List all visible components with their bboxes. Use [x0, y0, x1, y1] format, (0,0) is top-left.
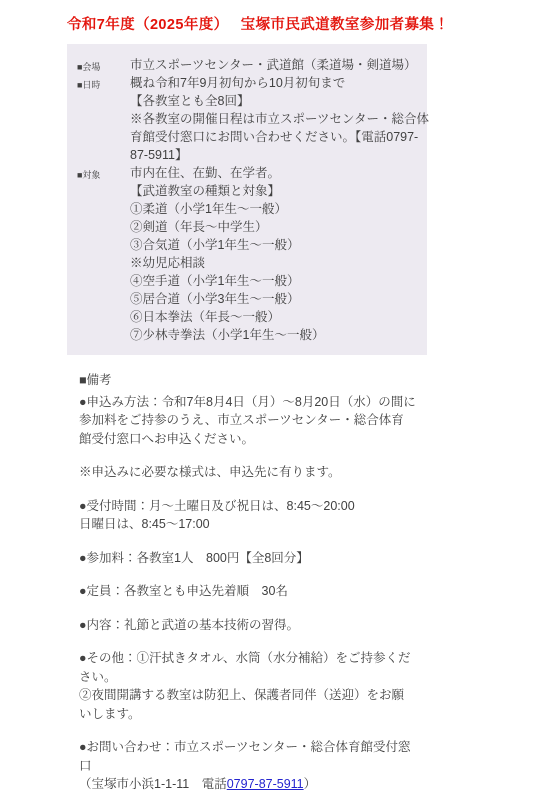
text-line: 日曜日は、8:45～17:00: [79, 515, 479, 534]
notes-section: ■備考 ●申込み方法：令和7年8月4日（月）～8月20日（水）の間に参加料をご持…: [79, 371, 479, 794]
contact-lines: ●お問い合わせ：市立スポーツセンター・総合体育館受付窓口: [79, 738, 479, 775]
info-row-venue: ■会場 市立スポーツセンター・武道館（柔道場・剣道場）: [77, 56, 417, 74]
text-line: ●受付時間：月～土曜日及び祝日は、8:45～20:00: [79, 497, 479, 516]
text-line: ②夜間開講する教室は防犯上、保護者同伴（送迎）をお願: [79, 686, 479, 705]
info-box: ■会場 市立スポーツセンター・武道館（柔道場・剣道場） ■日時 概ね令和7年9月…: [67, 44, 427, 355]
text-line: ※幼児応相談: [130, 254, 417, 272]
text-line: 市内在住、在勤、在学者。: [130, 164, 417, 182]
text-line: ※申込みに必要な様式は、申込先に有ります。: [79, 463, 479, 482]
text-line: 館受付窓口へお申込ください。: [79, 430, 479, 449]
text-line: ①柔道（小学1年生～一般）: [130, 200, 417, 218]
audience-label: ■対象: [77, 164, 130, 344]
text-line: ●参加料：各教室1人 800円【全8回分】: [79, 549, 479, 568]
venue-content: 市立スポーツセンター・武道館（柔道場・剣道場）: [130, 56, 417, 74]
paragraph-fee: ●参加料：各教室1人 800円【全8回分】: [79, 549, 479, 568]
paragraph-content: ●内容：礼節と武道の基本技術の習得。: [79, 616, 479, 635]
text-line: ●定員：各教室とも申込先着順 30名: [79, 582, 479, 601]
datetime-content: 概ね令和7年9月初旬から10月初旬まで【各教室とも全8回】※各教室の開催日程は市…: [130, 74, 429, 164]
text-line: ⑥日本拳法（年長～一般）: [130, 308, 417, 326]
text-line: ④空手道（小学1年生～一般）: [130, 272, 417, 290]
contact-address-line: （宝塚市小浜1-1-11 電話0797-87-5911）: [79, 775, 479, 794]
text-line: さい。: [79, 668, 479, 687]
text-line: ●お問い合わせ：市立スポーツセンター・総合体育館受付窓: [79, 738, 479, 757]
info-row-datetime: ■日時 概ね令和7年9月初旬から10月初旬まで【各教室とも全8回】※各教室の開催…: [77, 74, 417, 164]
text-line: 参加料をご持参のうえ、市立スポーツセンター・総合体育: [79, 411, 479, 430]
paragraph-other: ●その他：①汗拭きタオル、水筒（水分補給）をご持参ください。②夜間開講する教室は…: [79, 649, 479, 723]
paragraph-application: ●申込み方法：令和7年8月4日（月）～8月20日（水）の間に参加料をご持参のうえ…: [79, 393, 479, 449]
contact-address-prefix: （宝塚市小浜1-1-11 電話: [79, 777, 227, 791]
audience-content: 市内在住、在勤、在学者。【武道教室の種類と対象】①柔道（小学1年生～一般）②剣道…: [130, 164, 417, 344]
phone-link[interactable]: 0797-87-5911: [227, 777, 304, 791]
page: 令和7年度（2025年度） 宝塚市民武道教室参加者募集！ ■会場 市立スポーツセ…: [0, 0, 546, 794]
text-line: 育館受付窓口にお問い合わせください。【電話0797-: [130, 128, 429, 146]
text-line: ⑤居合道（小学3年生～一般）: [130, 290, 417, 308]
paragraph-contact: ●お問い合わせ：市立スポーツセンター・総合体育館受付窓口 （宝塚市小浜1-1-1…: [79, 738, 479, 794]
paragraph-capacity: ●定員：各教室とも申込先着順 30名: [79, 582, 479, 601]
text-line: ※各教室の開催日程は市立スポーツセンター・総合体: [130, 110, 429, 128]
contact-address-suffix: ）: [304, 777, 317, 791]
text-line: 87-5911】: [130, 146, 429, 164]
info-row-audience: ■対象 市内在住、在勤、在学者。【武道教室の種類と対象】①柔道（小学1年生～一般…: [77, 164, 417, 344]
text-line: いします。: [79, 705, 479, 724]
text-line: 市立スポーツセンター・武道館（柔道場・剣道場）: [130, 56, 417, 74]
text-line: 【各教室とも全8回】: [130, 92, 429, 110]
text-line: 口: [79, 757, 479, 776]
text-line: 概ね令和7年9月初旬から10月初旬まで: [130, 74, 429, 92]
datetime-label: ■日時: [77, 74, 130, 164]
page-title: 令和7年度（2025年度） 宝塚市民武道教室参加者募集！: [67, 13, 546, 34]
text-line: ②剣道（年長～中学生）: [130, 218, 417, 236]
text-line: ●申込み方法：令和7年8月4日（月）～8月20日（水）の間に: [79, 393, 479, 412]
paragraph-form-note: ※申込みに必要な様式は、申込先に有ります。: [79, 463, 479, 482]
text-line: ⑦少林寺拳法（小学1年生～一般）: [130, 326, 417, 344]
text-line: ③合気道（小学1年生～一般）: [130, 236, 417, 254]
paragraph-hours: ●受付時間：月～土曜日及び祝日は、8:45～20:00日曜日は、8:45～17:…: [79, 497, 479, 534]
text-line: ●内容：礼節と武道の基本技術の習得。: [79, 616, 479, 635]
text-line: ●その他：①汗拭きタオル、水筒（水分補給）をご持参くだ: [79, 649, 479, 668]
notes-heading: ■備考: [79, 371, 479, 390]
venue-label: ■会場: [77, 56, 130, 74]
text-line: 【武道教室の種類と対象】: [130, 182, 417, 200]
